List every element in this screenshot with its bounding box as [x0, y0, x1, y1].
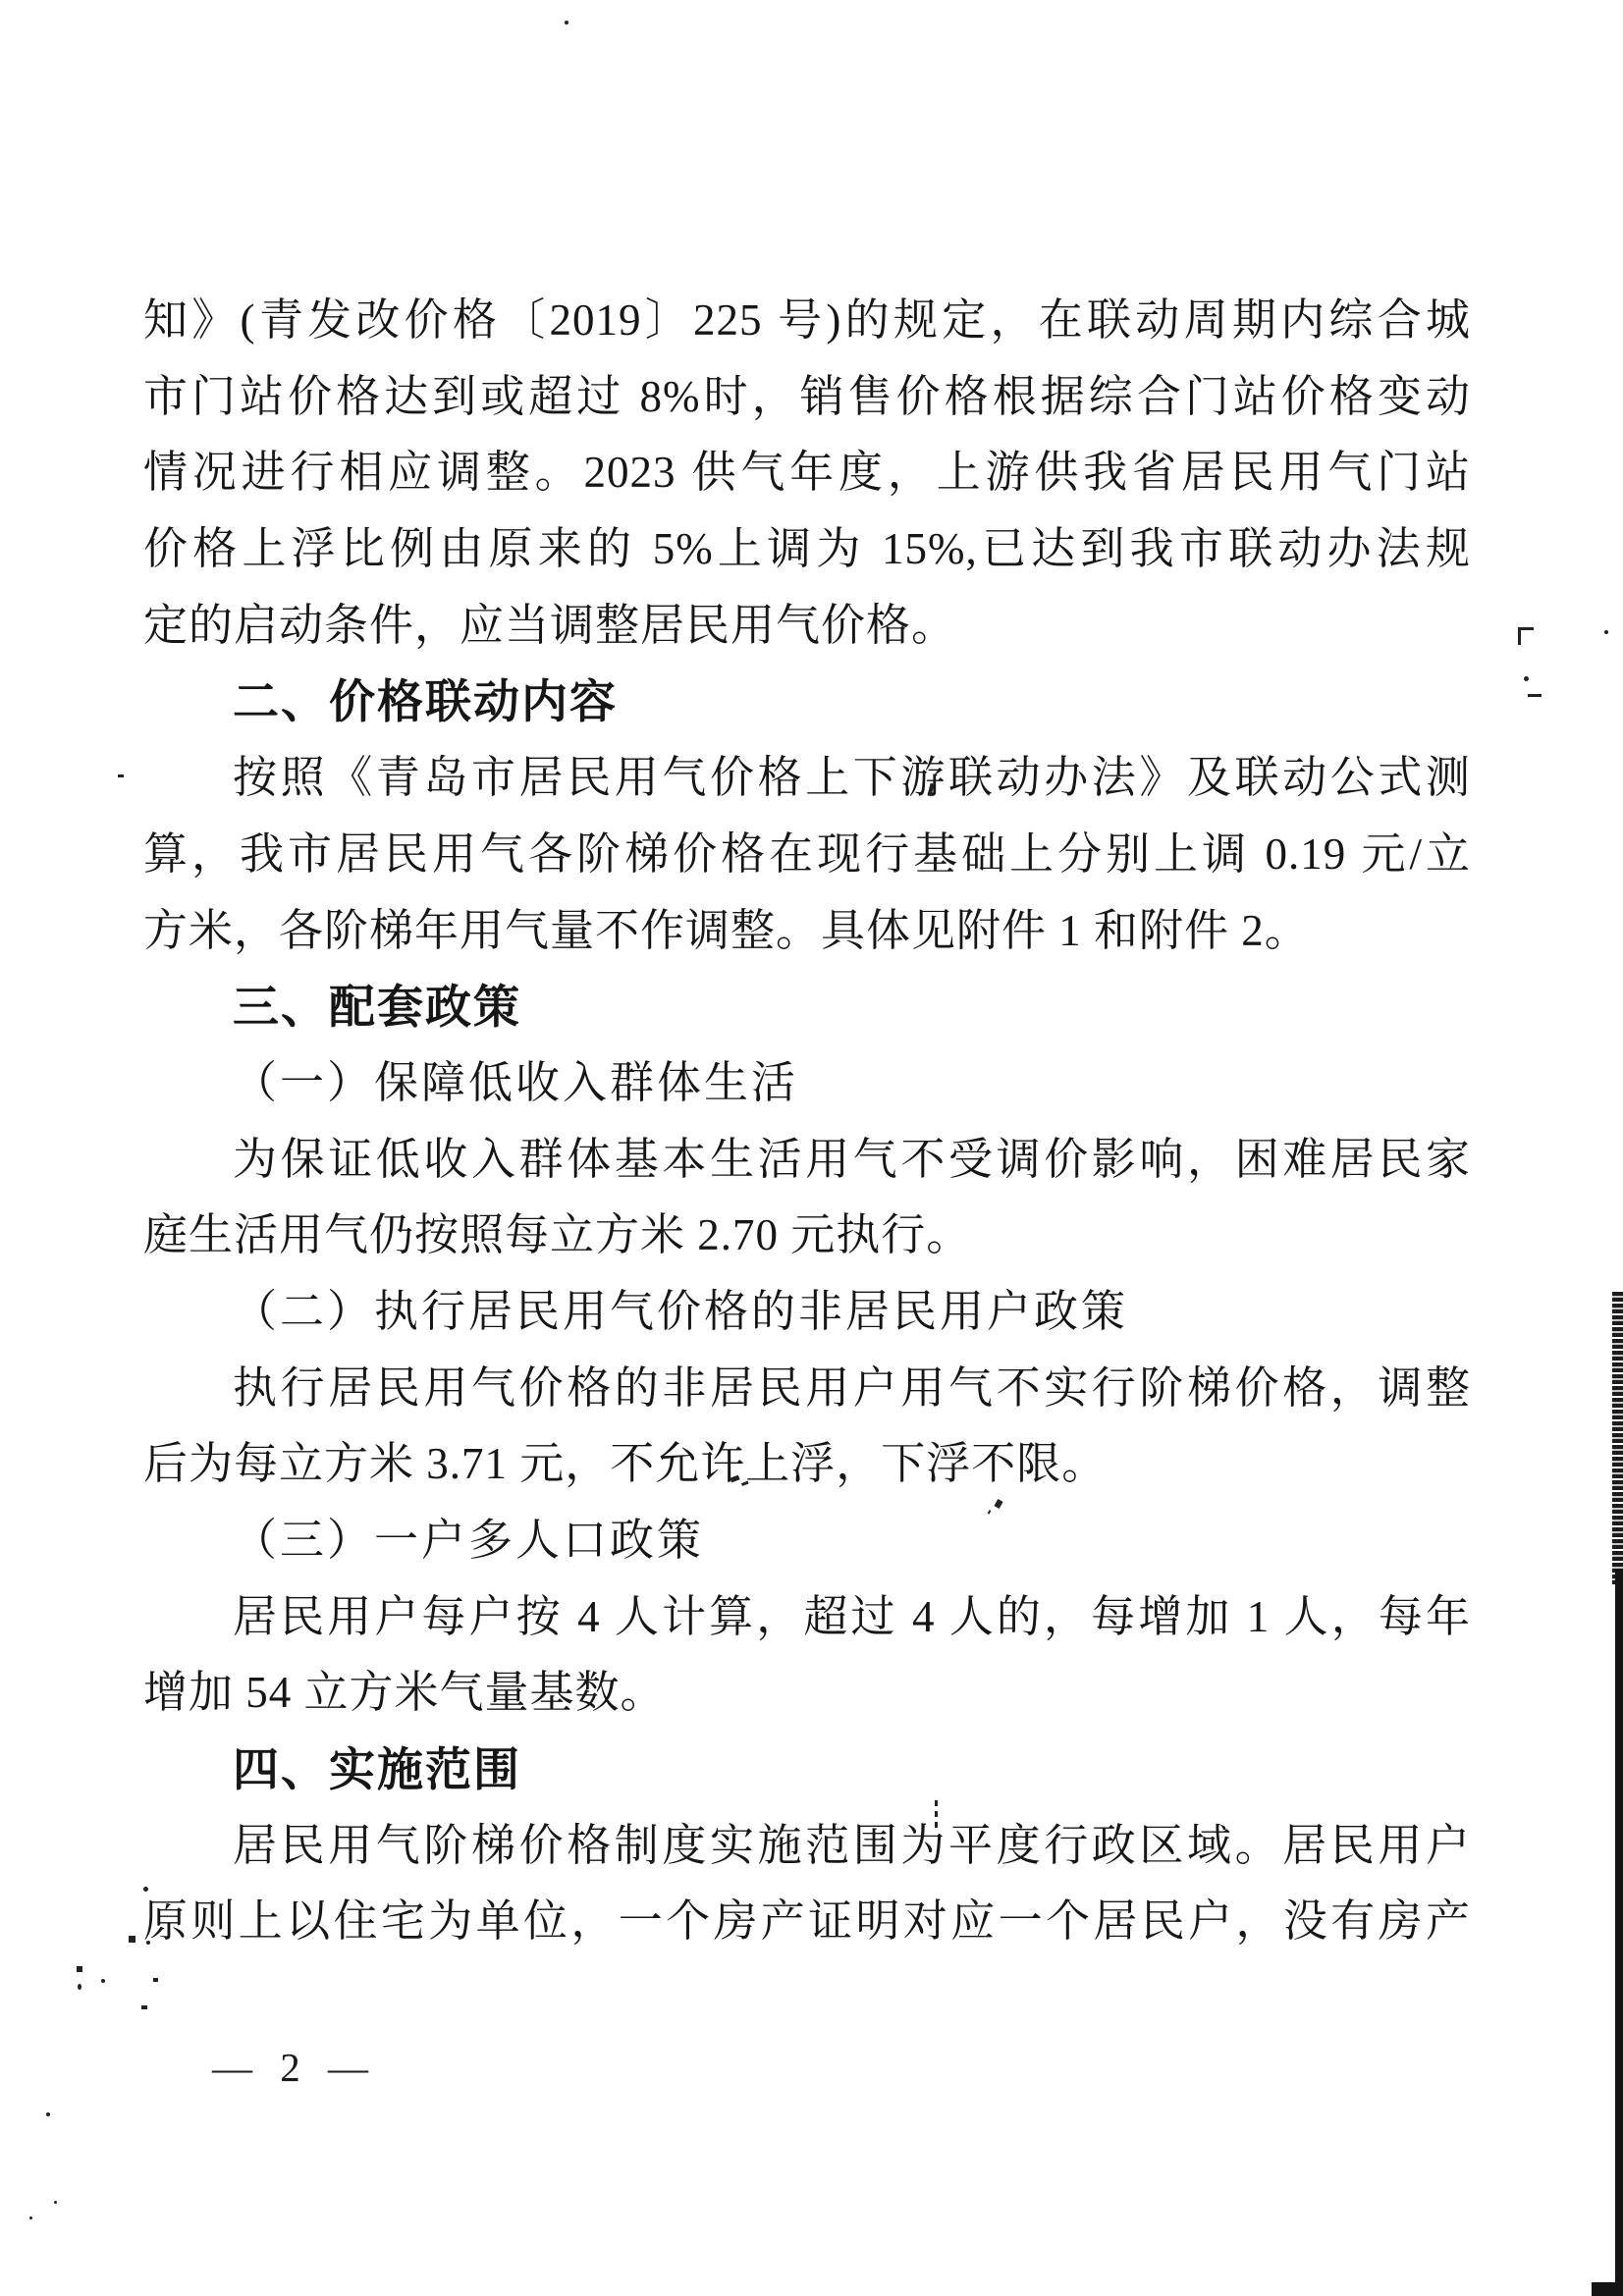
- body-line: 增加 54 立方米气量基数。: [143, 1655, 1471, 1732]
- scan-speck: [54, 2201, 57, 2204]
- body-line: 执行居民用气价格的非居民用户用气不实行阶梯价格，调整: [143, 1351, 1471, 1427]
- document-body: 知》(青发改价格〔2019〕225 号)的规定，在联动周期内综合城 市门站价格达…: [143, 283, 1471, 1960]
- right-edge-scan-strip: [1612, 1292, 1623, 1586]
- body-line: 价格上浮比例由原来的 5%上调为 15%,已达到我市联动办法规: [143, 511, 1471, 588]
- scan-speck: [1524, 676, 1529, 681]
- scan-speck: [1604, 630, 1608, 634]
- subheading-3-3: （三）一户多人口政策: [143, 1503, 1471, 1579]
- right-edge-scan-strip: [1615, 1569, 1623, 2296]
- scan-speck: [935, 1800, 938, 1828]
- scan-speck: [1518, 627, 1534, 645]
- document-page: 知》(青发改价格〔2019〕225 号)的规定，在联动周期内综合城 市门站价格达…: [0, 0, 1623, 2296]
- body-line: 庭生活用气仍按照每立方米 2.70 元执行。: [143, 1198, 1471, 1274]
- scan-speck: [101, 1979, 105, 1983]
- subheading-3-2: （二）执行居民用气价格的非居民用户政策: [143, 1274, 1471, 1351]
- body-line: 算，我市居民用气各阶梯价格在现行基础上分别上调 0.19 元/立: [143, 817, 1471, 893]
- scan-speck: [118, 774, 124, 777]
- body-line: 原则上以住宅为单位，一个房产证明对应一个居民户，没有房产: [143, 1884, 1471, 1960]
- body-line: 情况进行相应调整。2023 供气年度，上游供我省居民用气门站: [143, 435, 1471, 511]
- body-line: 定的启动条件，应当调整居民用气价格。: [143, 588, 1471, 665]
- scan-speck: [1528, 694, 1542, 697]
- body-line: 方米，各阶梯年用气量不作调整。具体见附件 1 和附件 2。: [143, 893, 1471, 970]
- scan-speck: [153, 1978, 158, 1982]
- scan-speck: [143, 1887, 148, 1892]
- scan-speck: [29, 2216, 32, 2219]
- scan-speck: [46, 2112, 50, 2116]
- heading-section-4: 四、实施范围: [143, 1732, 1471, 1808]
- scan-speck: [77, 1966, 82, 1972]
- body-line: 居民用户每户按 4 人计算，超过 4 人的，每增加 1 人，每年: [143, 1579, 1471, 1656]
- subheading-3-1: （一）保障低收入群体生活: [143, 1045, 1471, 1122]
- body-line: 居民用气阶梯价格制度实施范围为平度行政区域。居民用户: [143, 1808, 1471, 1885]
- heading-section-2: 二、价格联动内容: [143, 664, 1471, 740]
- body-line: 知》(青发改价格〔2019〕225 号)的规定，在联动周期内综合城: [143, 283, 1471, 359]
- body-line: 市门站价格达到或超过 8%时，销售价格根据综合门站价格变动: [143, 359, 1471, 436]
- scan-speck: [78, 1984, 81, 1990]
- page-number: — 2 —: [212, 2044, 370, 2091]
- body-line: 后为每立方米 3.71 元，不允许上浮，下浮不限。: [143, 1426, 1471, 1503]
- bottom-right-corner-mark: [1592, 2282, 1623, 2296]
- body-line: 按照《青岛市居民用气价格上下游联动办法》及联动公式测: [143, 740, 1471, 817]
- scan-speck: [565, 21, 568, 25]
- scan-speck: [146, 1941, 150, 1945]
- scan-speck: [141, 2005, 147, 2009]
- heading-section-3: 三、配套政策: [143, 969, 1471, 1045]
- body-line: 为保证低收入群体基本生活用气不受调价影响，困难居民家: [143, 1122, 1471, 1199]
- scan-speck: [129, 1936, 135, 1943]
